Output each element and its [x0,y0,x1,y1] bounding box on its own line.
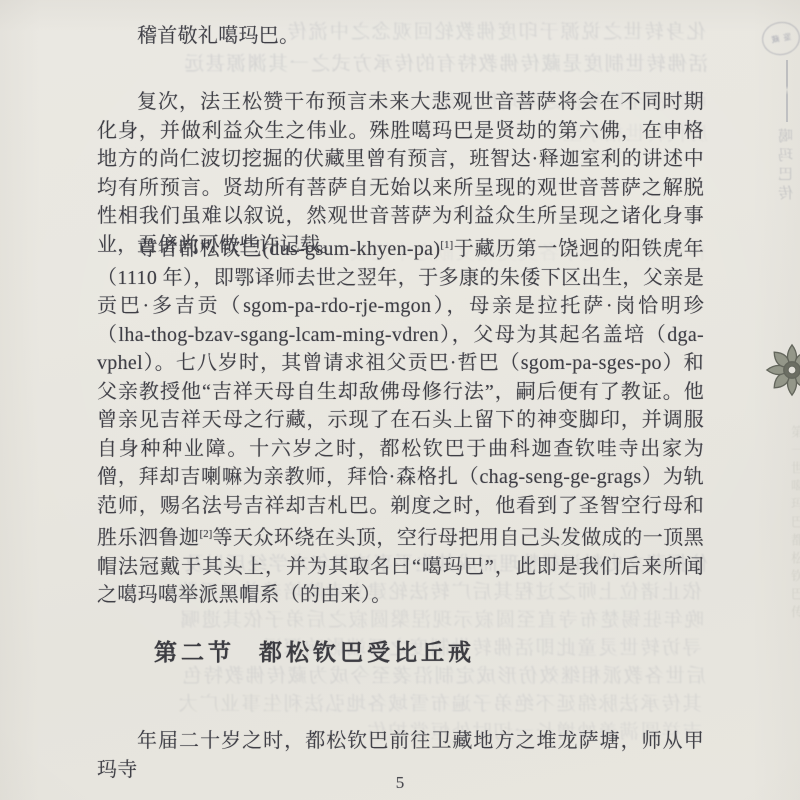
ghost-margin-rule [786,60,788,122]
section-title: 都松钦巴受比丘戒 [259,640,475,666]
book-page: 化身转世之说源于印度佛教轮回观念之中流传 活佛转世制度是藏传佛教特有的传承方式之… [0,0,800,800]
paragraph-biography: 尊者都松钦巴(dus-gsum-khyen-pa)[1]于藏历第一饶迥的阳铁虎年… [97,231,704,610]
ghost-text-line: 活佛转世制度是藏传佛教特有的传承方式之一其渊源甚远 [90,48,708,76]
section-heading: 第二节都松钦巴受比丘戒 [154,634,475,667]
section-number: 第二节 [154,640,235,666]
ghost-stamp-icon: 鉴 藏 [759,19,800,58]
lotus-rosette-icon [763,341,800,399]
edge-chapter-caption: 第一世噶玛巴都松钦巴传 [787,425,800,655]
ghost-margin-caption: 噶玛巴传 [776,128,797,204]
page-number: 5 [0,773,800,793]
ghost-text-line: 其传承法脉绵延不绝弟子遍布雪域各地弘法利生事业广大 [94,688,702,716]
dedication-line: 稽首敬礼噶玛巴。 [97,22,704,51]
